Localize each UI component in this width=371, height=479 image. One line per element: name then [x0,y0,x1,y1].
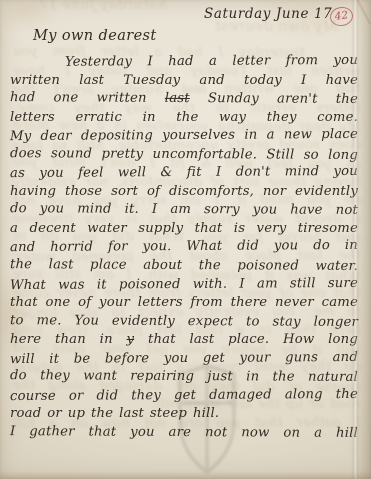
letter-line: My dear depositing yourselves in a new p… [10,127,358,148]
letter-line: road or up the last steep hill. [10,406,358,425]
letter-line: letters erratic in the way they come. [10,110,358,129]
letter-line: as you feel well & fit I don't mind you [10,164,358,185]
letter-line: do you mind it. I am sorry you have not [10,201,358,221]
letter-body: Yesterday I had a letter from youwritten… [10,54,358,443]
letter-line: do they want repairing just in the natur… [10,368,358,388]
letter-date: Saturday June 17 [204,6,332,22]
letter-line: and horrid for you. What did you do in [10,238,358,259]
letter-line: will it be before you get your guns and [10,350,358,371]
letter-line: had one written last Sunday aren't the [10,90,358,110]
letter-line: written last Tuesday and today I have [10,73,358,92]
letter-content: Saturday June 17 42 My own dearest Yeste… [0,0,371,479]
letter-line: to me. You evidently expect to stay long… [10,313,358,333]
letter-line: that one of your letters from there neve… [10,295,358,314]
letter-line: does sound pretty uncomfortable. Still s… [10,146,358,166]
letter-line: course or did they get damaged along the [10,387,358,408]
salutation: My own dearest [33,28,157,44]
letter-line: here than in y that last place. How long [10,332,358,351]
letter-line: Yesterday I had a letter from you [10,53,358,74]
letter-line: a decent water supply that is very tires… [10,221,358,240]
letter-line: I gather that you are not now on a hill [10,424,358,444]
letter-line: having those sort of discomforts, nor ev… [10,184,358,203]
letter-line: What was it poisoned with. I am still su… [10,275,358,296]
page-number-badge: 42 [329,5,354,27]
letter-line: the last place about the poisoned water. [10,257,358,277]
